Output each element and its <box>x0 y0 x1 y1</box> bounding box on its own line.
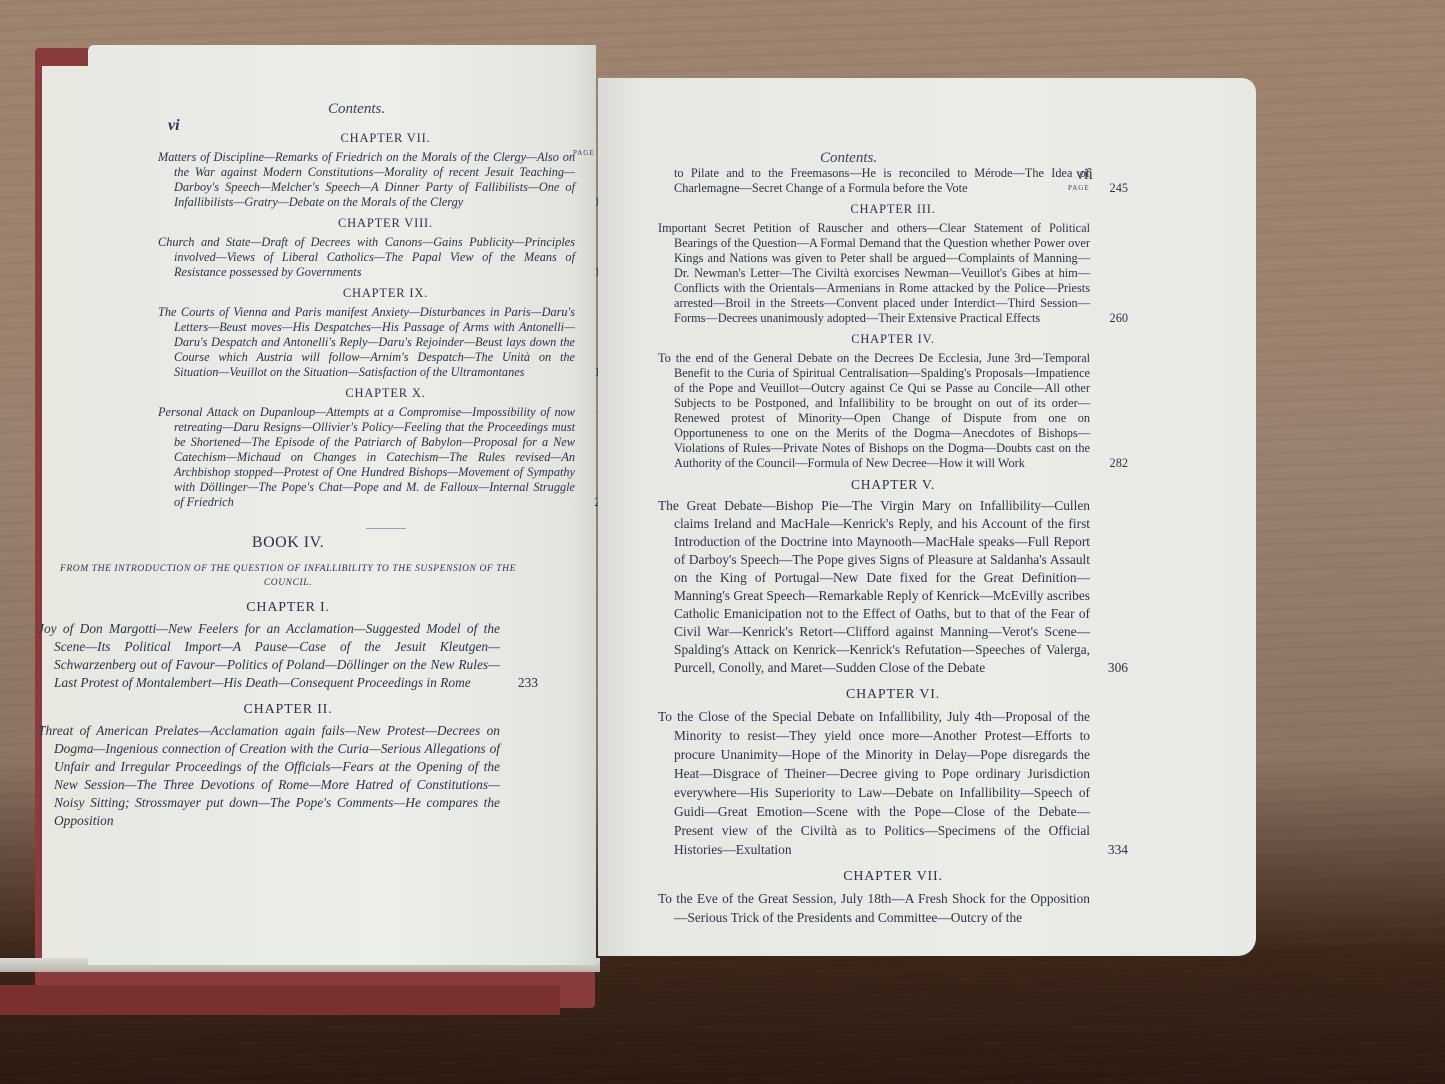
chapter-summary-text: The Great Debate—Bishop Pie—The Virgin M… <box>658 498 1090 675</box>
chapter-entry: CHAPTER III. Important Secret Petition o… <box>658 202 1128 326</box>
chapter-summary: To the end of the General Debate on the … <box>658 351 1128 471</box>
chapter-summary-text: Important Secret Petition of Rauscher an… <box>658 221 1090 325</box>
chapter-heading: CHAPTER IV. <box>658 332 1128 347</box>
chapter-page-number: 260 <box>1126 311 1128 326</box>
chapter-entry: CHAPTER VIII. Church and State—Draft of … <box>158 216 613 280</box>
chapter-entry: CHAPTER VII. To the Eve of the Great Ses… <box>658 869 1128 927</box>
chapter-summary: The Courts of Vienna and Paris manifest … <box>158 305 613 380</box>
chapter-entry: CHAPTER X. Personal Attack on Dupanloup—… <box>158 386 613 510</box>
contents-block-top: CHAPTER VII. Matters of Discipline—Remar… <box>158 125 613 529</box>
chapter-heading: CHAPTER III. <box>658 202 1128 217</box>
running-head: Contents. <box>820 150 877 167</box>
chapter-heading: CHAPTER X. <box>158 386 613 401</box>
chapter-page-number: 282 <box>1126 456 1128 471</box>
book-endpaper <box>42 66 93 966</box>
chapter-summary: Threat of American Prelates—Acclamation … <box>38 722 538 830</box>
chapter-heading: CHAPTER IX. <box>158 286 613 301</box>
chapter-heading: CHAPTER VII. <box>658 869 1128 885</box>
chapter-summary: Important Secret Petition of Rauscher an… <box>658 221 1128 326</box>
running-head: Contents. <box>328 101 385 118</box>
chapter-heading: CHAPTER VIII. <box>158 216 613 231</box>
chapter-summary: The Great Debate—Bishop Pie—The Virgin M… <box>658 497 1128 677</box>
chapter-summary: To the Close of the Special Debate on In… <box>658 707 1128 859</box>
contents-block-book-iv: BOOK IV. FROM THE INTRODUCTION OF THE QU… <box>38 520 538 830</box>
chapter-heading: CHAPTER II. <box>38 702 538 718</box>
chapter-heading: CHAPTER VII. <box>158 131 613 146</box>
chapter-entry: CHAPTER VII. Matters of Discipline—Remar… <box>158 131 613 210</box>
chapter-heading: CHAPTER I. <box>38 600 538 616</box>
chapter-summary-text: To the Close of the Special Debate on In… <box>658 709 1090 857</box>
chapter-summary: Joy of Don Margotti—New Feelers for an A… <box>38 620 538 692</box>
chapter-summary-text: Matters of Discipline—Remarks of Friedri… <box>158 150 575 209</box>
chapter-entry: CHAPTER V. The Great Debate—Bishop Pie—T… <box>658 477 1128 677</box>
chapter-continuation: to Pilate and to the Freemasons—He is re… <box>658 166 1128 196</box>
chapter-page-number: 334 <box>1124 840 1128 859</box>
chapter-entry: CHAPTER IX. The Courts of Vienna and Par… <box>158 286 613 380</box>
chapter-summary: Church and State—Draft of Decrees with C… <box>158 235 613 280</box>
chapter-entry: CHAPTER I. Joy of Don Margotti—New Feele… <box>38 600 538 692</box>
book-subtitle: FROM THE INTRODUCTION OF THE QUESTION OF… <box>38 562 538 590</box>
chapter-entry: CHAPTER IV. To the end of the General De… <box>658 332 1128 471</box>
chapter-page-number: 245 <box>1110 181 1128 196</box>
chapter-summary-text: to Pilate and to the Freemasons—He is re… <box>674 166 1090 195</box>
chapter-entry: CHAPTER VI. To the Close of the Special … <box>658 687 1128 859</box>
chapter-heading: CHAPTER V. <box>658 477 1128 493</box>
chapter-entry: CHAPTER II. Threat of American Prelates—… <box>38 702 538 830</box>
chapter-summary-text: Threat of American Prelates—Acclamation … <box>38 723 500 828</box>
chapter-summary-text: To the end of the General Debate on the … <box>658 351 1090 470</box>
chapter-summary: Personal Attack on Dupanloup—Attempts at… <box>158 405 613 510</box>
book-cover-bottom-edge <box>0 985 560 1015</box>
chapter-page-number: 233 <box>534 674 538 692</box>
chapter-summary-text: To the Eve of the Great Session, July 18… <box>658 891 1090 925</box>
chapter-page-number: 306 <box>1124 659 1128 677</box>
left-page: Contents. vi PAGE CHAPTER VII. Matters o… <box>88 45 596 965</box>
chapter-summary-text: The Courts of Vienna and Paris manifest … <box>158 305 575 379</box>
chapter-summary-text: Church and State—Draft of Decrees with C… <box>158 235 575 279</box>
chapter-summary-text: Personal Attack on Dupanloup—Attempts at… <box>158 405 575 509</box>
contents-block: to Pilate and to the Freemasons—He is re… <box>658 166 1128 927</box>
chapter-summary-text: Joy of Don Margotti—New Feelers for an A… <box>38 621 500 690</box>
right-page: Contents. vii PAGE to Pilate and to the … <box>598 78 1256 956</box>
chapter-summary: Matters of Discipline—Remarks of Friedri… <box>158 150 613 210</box>
chapter-summary: To the Eve of the Great Session, July 18… <box>658 889 1128 927</box>
chapter-heading: CHAPTER VI. <box>658 687 1128 703</box>
book-title: BOOK IV. <box>38 534 538 552</box>
